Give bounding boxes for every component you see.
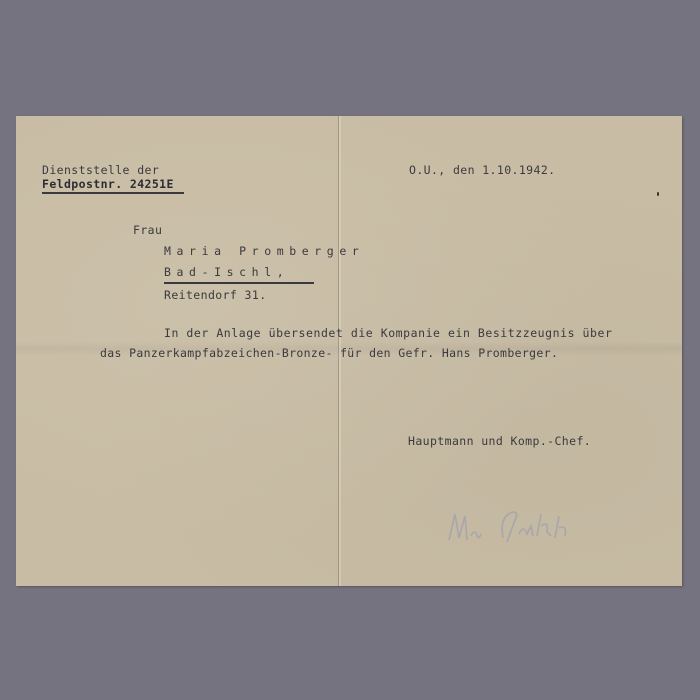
recipient-name: Maria Promberger (164, 246, 364, 258)
place-date: O.U., den 1.10.1942. (409, 165, 555, 177)
body-line-2: das Panzerkampfabzeichen-Bronze- für den… (100, 348, 558, 360)
body-line-1: In der Anlage übersendet die Kompanie ei… (164, 328, 612, 340)
paper-mark (657, 192, 659, 196)
recipient-salutation: Frau (133, 225, 162, 237)
recipient-city: Bad-Ischl, (164, 267, 289, 279)
signatory-title: Hauptmann und Komp.-Chef. (408, 436, 591, 448)
handwritten-signature (441, 506, 591, 546)
recipient-street: Reitendorf 31. (164, 290, 267, 302)
sender-line-2: Feldpostnr. 24251E (42, 179, 174, 191)
city-underline (164, 282, 314, 284)
sender-line-1: Dienststelle der (42, 165, 159, 177)
letter-paper: Dienststelle der Feldpostnr. 24251E O.U.… (16, 116, 682, 586)
sender-underline (42, 192, 184, 194)
